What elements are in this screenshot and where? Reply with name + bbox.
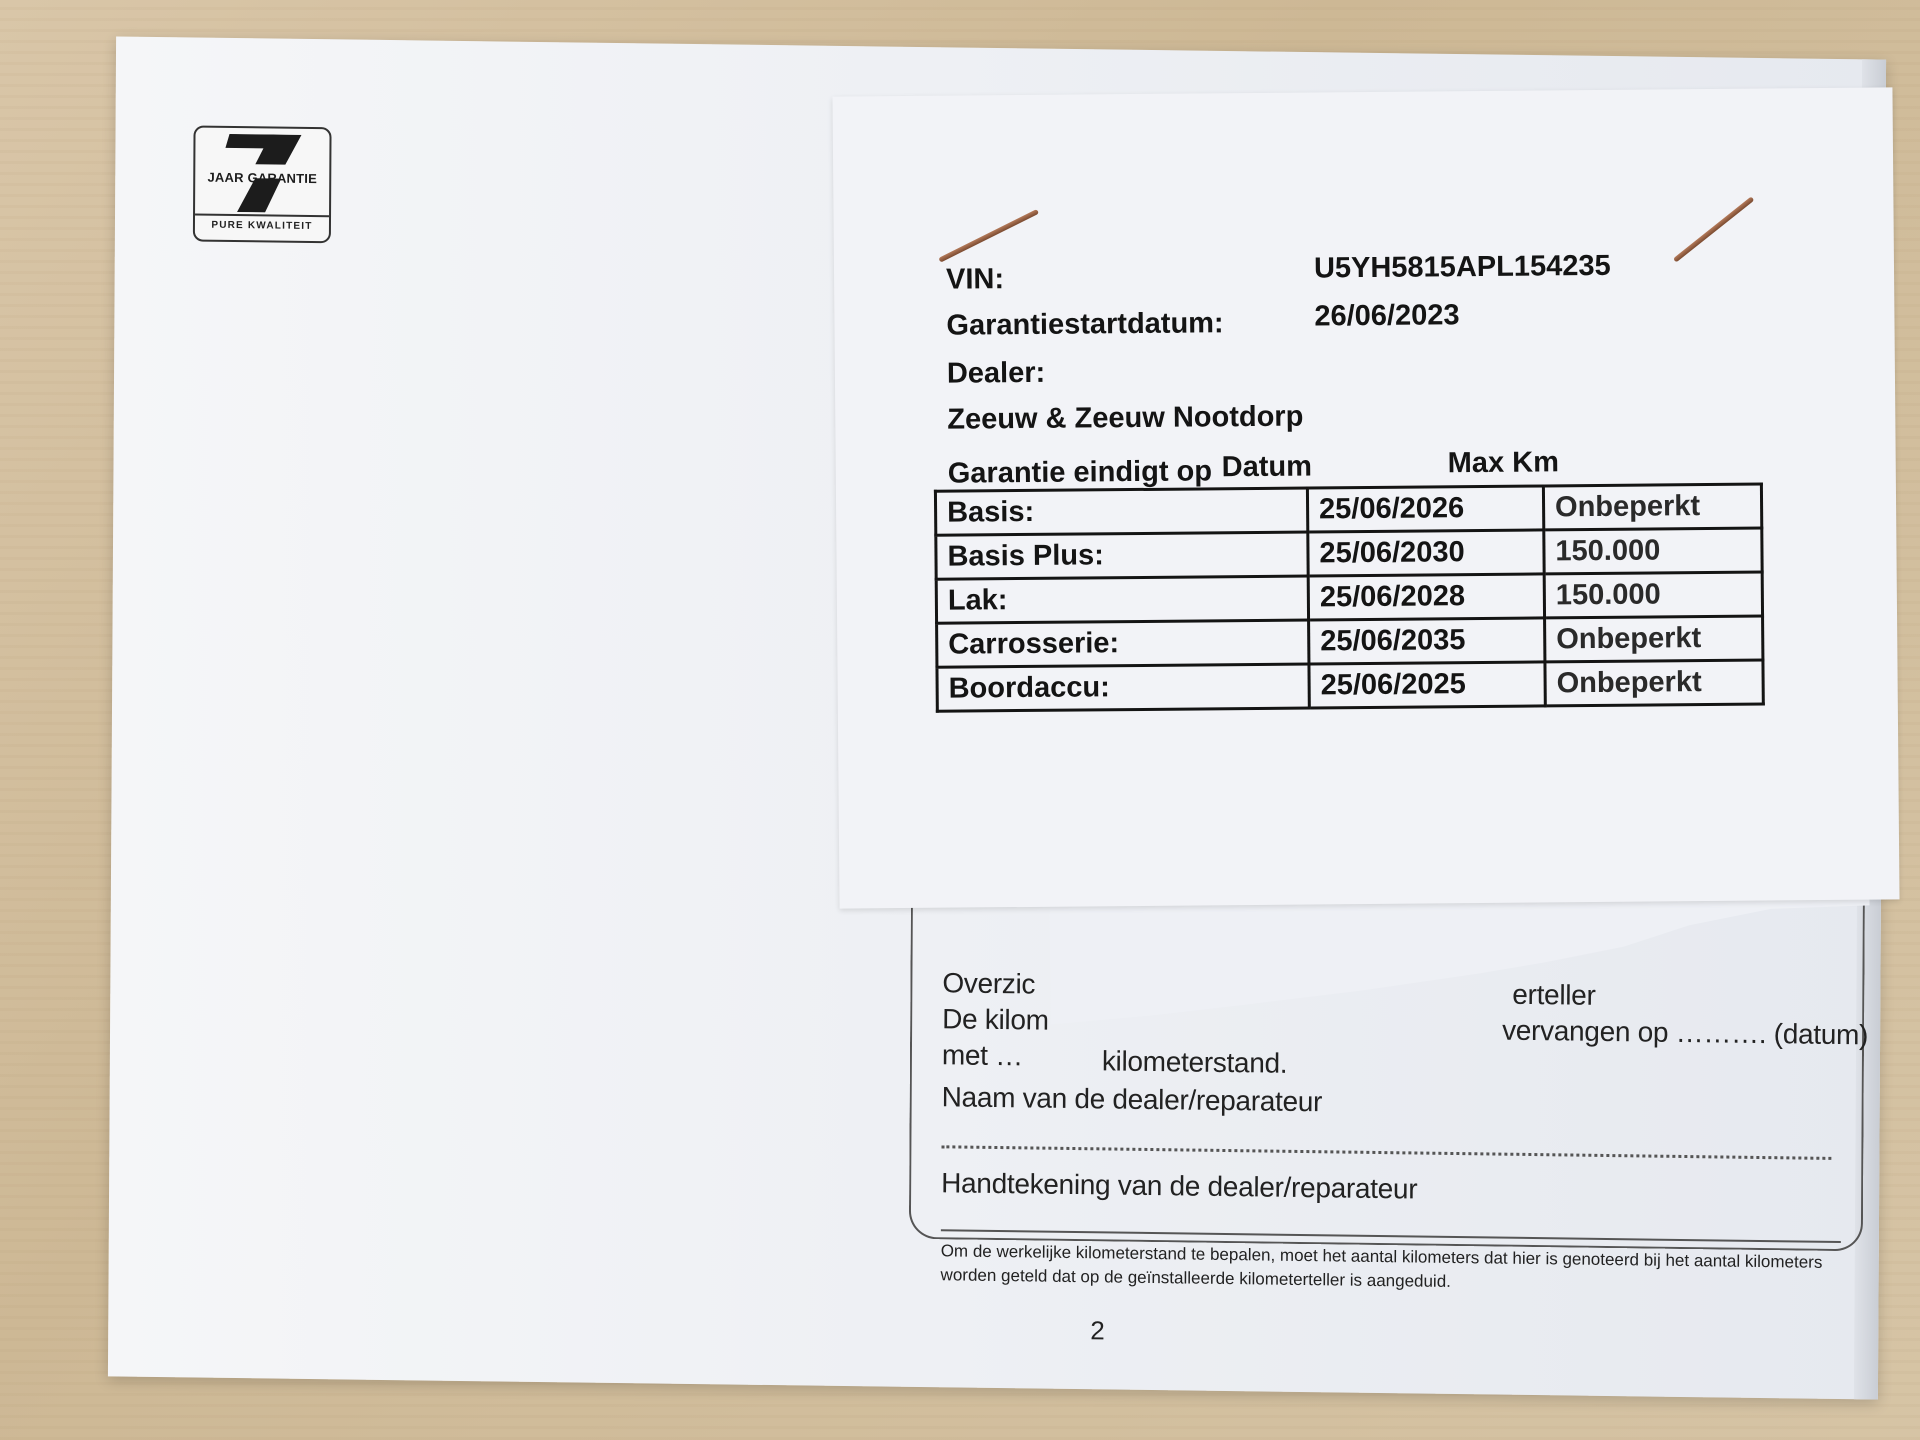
end-date-cell: 25/06/2026 (1307, 486, 1543, 532)
dealer-name-dotted-line (941, 1145, 1831, 1160)
form-note: Om de werkelijke kilometerstand te bepal… (941, 1239, 1841, 1299)
table-row: Basis Plus:25/06/2030150.000 (936, 528, 1762, 579)
vin-value: U5YH5815APL154235 (1314, 250, 1611, 286)
warranty-table: Basis:25/06/2026OnbeperktBasis Plus:25/0… (934, 483, 1765, 713)
logo-divider (195, 213, 329, 217)
warranty-type-cell: Carrosserie: (937, 620, 1309, 667)
logo-subtitle: PURE KWALITEIT (195, 219, 329, 232)
dealer-label: Dealer: (947, 357, 1046, 391)
max-km-cell: Onbeperkt (1545, 616, 1763, 662)
warranty-type-cell: Basis Plus: (936, 532, 1308, 579)
form-line-1-left: Overzic (942, 967, 1035, 1000)
page-number: 2 (1090, 1315, 1105, 1346)
form-line-1-right: erteller (1512, 979, 1595, 1012)
max-km-cell: 150.000 (1544, 572, 1762, 618)
staple-right (1673, 196, 1754, 262)
table-row: Boordaccu:25/06/2025Onbeperkt (937, 660, 1763, 711)
end-date-cell: 25/06/2030 (1308, 530, 1544, 576)
form-line-2-left: De kilom (942, 1003, 1049, 1036)
table-row: Basis:25/06/2026Onbeperkt (935, 484, 1761, 535)
max-km-cell: Onbeperkt (1543, 484, 1761, 530)
max-km-cell: Onbeperkt (1545, 660, 1763, 706)
form-line-2-right: vervangen op ………. (datum) (1502, 1015, 1868, 1052)
end-date-cell: 25/06/2028 (1308, 574, 1544, 620)
header-date: Datum (1222, 450, 1313, 484)
form-line-3-left: met … (942, 1039, 1023, 1072)
dealer-value: Zeeuw & Zeeuw Nootdorp (947, 401, 1303, 437)
warranty-type-cell: Basis: (935, 488, 1307, 535)
table-row: Lak:25/06/2028150.000 (936, 572, 1762, 623)
table-row: Carrosserie:25/06/2035Onbeperkt (937, 616, 1763, 667)
warranty-type-cell: Boordaccu: (937, 664, 1309, 711)
dealer-signature-label: Handtekening van de dealer/reparateur (941, 1167, 1417, 1205)
max-km-cell: 150.000 (1544, 528, 1762, 574)
logo-title: JAAR GARANTIE (195, 169, 329, 186)
header-max-km: Max Km (1448, 446, 1559, 480)
warranty-type-cell: Lak: (936, 576, 1308, 623)
seven-year-warranty-logo: JAAR GARANTIE PURE KWALITEIT (193, 125, 332, 243)
warranty-sticker: VIN: U5YH5815APL154235 Garantiestartdatu… (832, 87, 1899, 908)
start-date-label: Garantiestartdatum: (946, 307, 1223, 342)
vin-label: VIN: (946, 263, 1004, 297)
form-line-3-right: kilometerstand. (1102, 1045, 1288, 1079)
end-date-cell: 25/06/2025 (1309, 662, 1545, 708)
dealer-name-label: Naam van de dealer/reparateur (942, 1081, 1323, 1118)
start-date-value: 26/06/2023 (1314, 299, 1459, 333)
header-warranty-type: Garantie eindigt op (948, 455, 1213, 490)
end-date-cell: 25/06/2035 (1309, 618, 1545, 664)
staple-left (938, 209, 1039, 263)
